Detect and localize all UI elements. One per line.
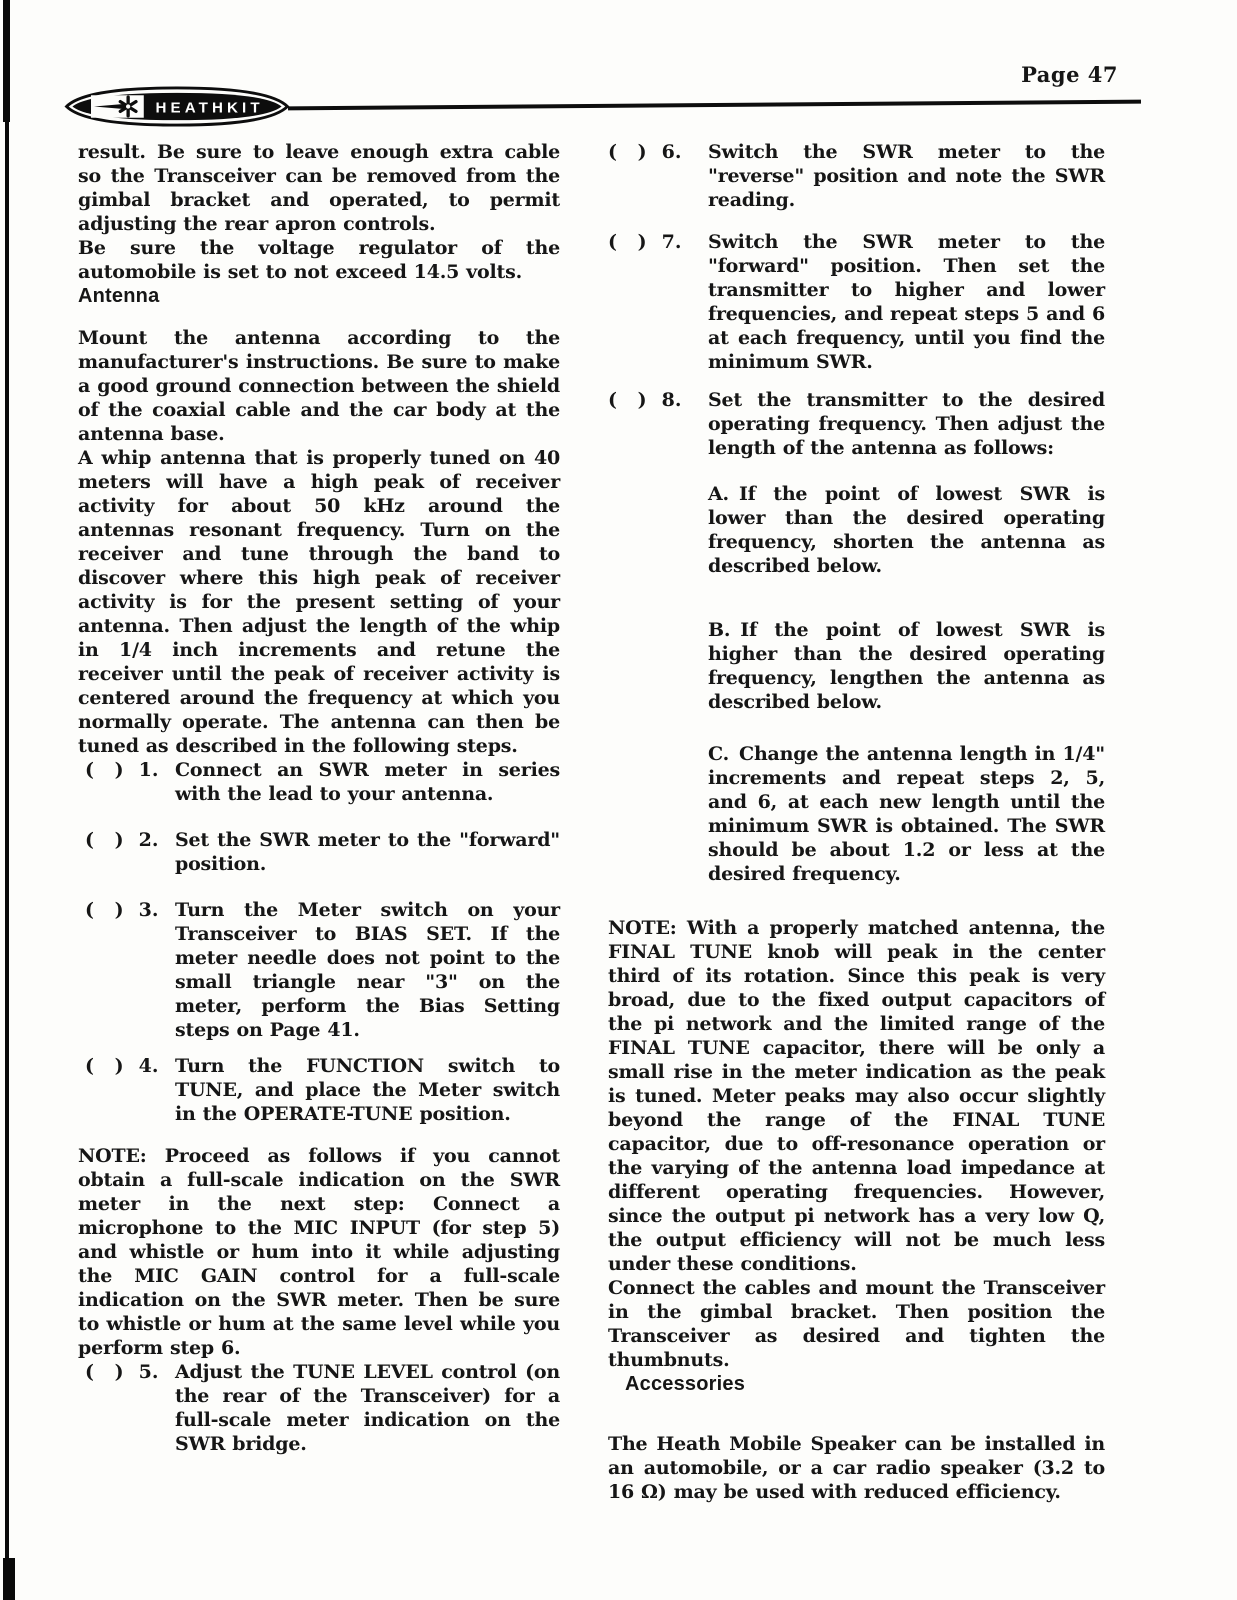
sub-item-letter: C. [708,743,729,765]
header-rule [288,100,1141,111]
step-checkbox: ( ) [85,829,131,851]
checklist-step-6: ( )6. Switch the SWR meter to the "rever… [608,140,1105,212]
step-text: Turn the FUNCTION switch to TUNE, and pl… [175,1054,560,1126]
step-checkbox: ( ) [85,759,131,781]
step-number: 5. [139,1361,159,1383]
sub-item-text: If the point of lowest SWR is lower than… [708,483,1105,577]
sub-item-c: C.Change the antenna length in 1/4" incr… [708,742,1105,886]
step-number: 8. [662,389,682,411]
left-column: result. Be sure to leave enough extra ca… [78,140,560,1456]
section-heading-accessories: Accessories [625,1372,1105,1396]
step-number: 4. [139,1055,159,1077]
paragraph-voltage: Be sure the voltage regulator of the aut… [78,236,560,284]
step-marker: ( )6. [608,140,708,212]
step-marker: ( )7. [608,230,708,374]
step-text: Switch the SWR meter to the "forward" po… [708,230,1105,374]
paragraph-whip: A whip antenna that is properly tuned on… [78,446,560,758]
scan-edge-artifact [5,0,9,1600]
step-number: 3. [139,899,159,921]
note-paragraph-right: NOTE: With a properly matched antenna, t… [608,916,1105,1276]
step-text: Switch the SWR meter to the "reverse" po… [708,140,1105,212]
logo-text: HEATHKIT [156,99,264,116]
paragraph-connect: Connect the cables and mount the Transce… [608,1276,1105,1372]
step-text: Set the transmitter to the desired opera… [708,388,1105,460]
step-checkbox: ( ) [85,1055,131,1077]
step-marker: ( )4. [78,1054,175,1126]
sub-item-letter: B. [708,619,730,641]
sub-item-b: B.If the point of lowest SWR is higher t… [708,618,1105,714]
note-paragraph-left: NOTE: Proceed as follows if you cannot o… [78,1144,560,1360]
checklist-step-4: ( )4. Turn the FUNCTION switch to TUNE, … [78,1054,560,1126]
step-text: Connect an SWR meter in series with the … [175,758,560,806]
step-text: Set the SWR meter to the "forward" posit… [175,828,560,876]
step-marker: ( )8. [608,388,708,460]
step-checkbox: ( ) [608,141,654,163]
step-text: Turn the Meter switch on your Transceive… [175,898,560,1042]
page-number: Page 47 [1008,62,1118,87]
checklist-step-1: ( )1. Connect an SWR meter in series wit… [78,758,560,806]
heathkit-logo: HEATHKIT [62,85,292,128]
step-number: 1. [139,759,159,781]
step-checkbox: ( ) [608,389,654,411]
sub-item-text: If the point of lowest SWR is higher tha… [708,619,1105,713]
step-marker: ( )3. [78,898,175,1042]
paragraph-result: result. Be sure to leave enough extra ca… [78,140,560,236]
step-checkbox: ( ) [85,1361,131,1383]
checklist-step-3: ( )3. Turn the Meter switch on your Tran… [78,898,560,1042]
step-text: Adjust the TUNE LEVEL control (on the re… [175,1360,560,1456]
sub-item-letter: A. [708,483,729,505]
checklist-step-5: ( )5. Adjust the TUNE LEVEL control (on … [78,1360,560,1456]
step-marker: ( )5. [78,1360,175,1456]
manual-page: Page 47 HEATHKIT result. Be sure to leav… [0,0,1237,1600]
step-number: 2. [139,829,159,851]
right-column: ( )6. Switch the SWR meter to the "rever… [608,140,1105,1504]
checklist-step-8: ( )8. Set the transmitter to the desired… [608,388,1105,460]
scan-edge-artifact-bottom [3,1558,15,1600]
step-checkbox: ( ) [608,231,654,253]
checklist-step-7: ( )7. Switch the SWR meter to the "forwa… [608,230,1105,374]
step-number: 6. [662,141,682,163]
step-checkbox: ( ) [85,899,131,921]
step-marker: ( )1. [78,758,175,806]
paragraph-speaker: The Heath Mobile Speaker can be installe… [608,1432,1105,1504]
step-number: 7. [662,231,682,253]
step-marker: ( )2. [78,828,175,876]
checklist-step-2: ( )2. Set the SWR meter to the "forward"… [78,828,560,876]
sub-item-a: A.If the point of lowest SWR is lower th… [708,482,1105,578]
sub-item-text: Change the antenna length in 1/4" increm… [708,743,1105,885]
section-heading-antenna: Antenna [78,284,560,308]
paragraph-mount: Mount the antenna according to the manuf… [78,326,560,446]
scan-edge-artifact-top [3,0,10,122]
